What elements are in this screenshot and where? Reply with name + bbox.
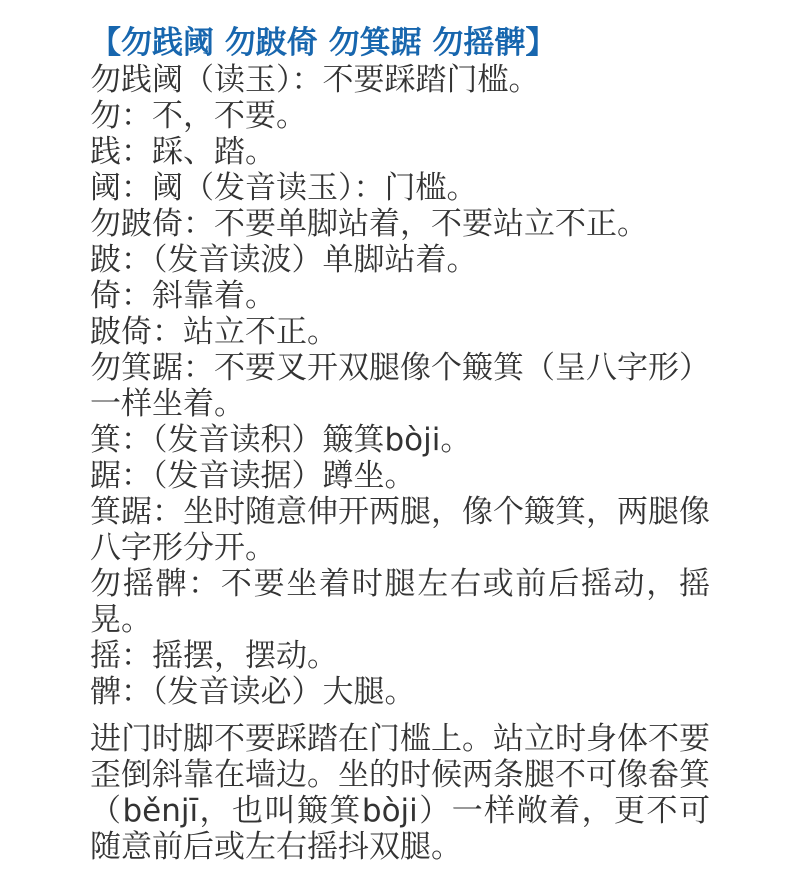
definition-line-jiju: 箕踞：坐时随意伸开两腿，像个簸箕，两腿像八字形分开。	[90, 494, 710, 566]
definition-line-yao: 摇：摇摆，摆动。	[90, 638, 710, 674]
definition-line-wujiju: 勿箕踞：不要叉开双腿像个簸箕（呈八字形）一样坐着。	[90, 350, 710, 422]
definition-line-ji: 箕：（发音读积）簸箕bòji。	[90, 422, 710, 458]
definition-line-bo: 跛：（发音读波）单脚站着。	[90, 242, 710, 278]
definition-line-wuboyi: 勿跛倚：不要单脚站着，不要站立不正。	[90, 206, 710, 242]
definitions-section: 勿践阈（读玉）：不要踩踏门槛。 勿：不，不要。 践：踩、踏。 阈：阈（发音读玉）…	[90, 62, 710, 710]
definition-line-wu: 勿：不，不要。	[90, 98, 710, 134]
summary-paragraph: 进门时脚不要踩踏在门槛上。站立时身体不要歪倒斜靠在墙边。坐的时候两条腿不可像畚箕…	[90, 721, 710, 865]
definition-line-bi: 髀：（发音读必）大腿。	[90, 674, 710, 710]
definition-line-yu: 阈：阈（发音读玉）：门槛。	[90, 170, 710, 206]
page-title: 【勿践阈 勿跛倚 勿箕踞 勿摇髀】	[90, 25, 710, 62]
definition-line-wuyaobi: 勿摇髀：不要坐着时腿左右或前后摇动，摇晃。	[90, 566, 710, 638]
definition-line-ju: 踞：（发音读据）蹲坐。	[90, 458, 710, 494]
definition-line-yi: 倚：斜靠着。	[90, 278, 710, 314]
definition-line-boyi: 跛倚：站立不正。	[90, 314, 710, 350]
definition-line-wujianyu: 勿践阈（读玉）：不要踩踏门槛。	[90, 62, 710, 98]
definition-line-jian: 践：踩、踏。	[90, 134, 710, 170]
document-page: 【勿践阈 勿跛倚 勿箕踞 勿摇髀】 勿践阈（读玉）：不要踩踏门槛。 勿：不，不要…	[0, 0, 800, 878]
